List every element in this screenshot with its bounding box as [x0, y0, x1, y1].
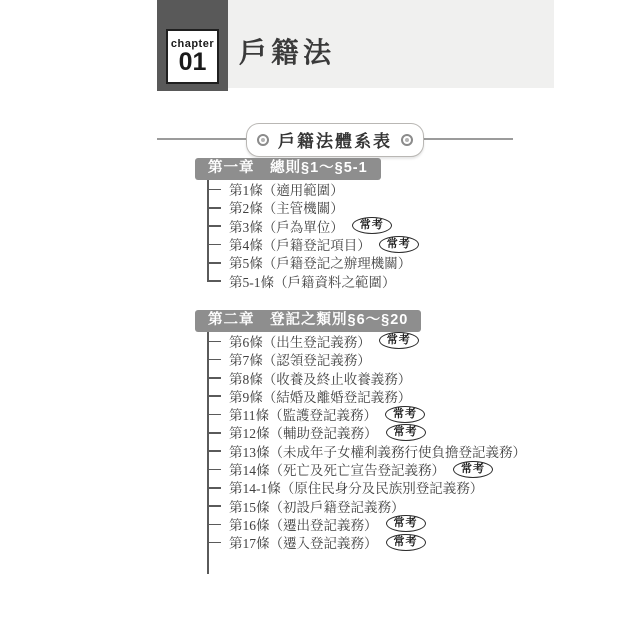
exam-frequency-badge: 常考	[386, 424, 426, 441]
tree-item: 第14-1條（原住民身分及民族別登記義務）	[207, 478, 625, 496]
chapter-number-box: chapter 01	[157, 0, 228, 91]
article-label: 第11條（監護登記義務）	[229, 404, 377, 424]
tree-continuation-line	[207, 551, 625, 574]
article-label: 第3條（戶為單位）	[229, 216, 344, 236]
article-label: 第8條（收養及終止收養義務）	[229, 368, 411, 388]
exam-frequency-badge: 常考	[453, 461, 493, 478]
tree-item: 第1條（適用範圍）	[207, 180, 625, 198]
exam-frequency-badge: 常考	[379, 236, 419, 253]
chapter-heading-bar: 第一章 總則§1～§5-1	[195, 158, 381, 180]
tree-item: 第5-1條（戶籍資料之範圍）	[207, 271, 625, 289]
tree-item: 第4條（戶籍登記項目）常考	[207, 235, 625, 253]
tree-item: 第17條（遷入登記義務）常考	[207, 533, 625, 551]
tree-item: 第11條（監護登記義務）常考	[207, 405, 625, 423]
tree-item: 第16條（遷出登記義務）常考	[207, 515, 625, 533]
tree-item: 第8條（收養及終止收養義務）	[207, 368, 625, 386]
article-label: 第2條（主管機關）	[229, 197, 344, 217]
tree-item: 第7條（認領登記義務）	[207, 350, 625, 368]
article-label: 第15條（初設戶籍登記義務）	[229, 496, 405, 516]
tree-item: 第5條（戶籍登記之辦理機關）	[207, 253, 625, 271]
chapter-heading-bar: 第二章 登記之類別§6～§20	[195, 310, 421, 332]
chapter-number-label: 01	[179, 50, 207, 75]
chapter-section: 第一章 總則§1～§5-1第1條（適用範圍）第2條（主管機關）第3條（戶為單位）…	[195, 158, 625, 290]
tree-item: 第6條（出生登記義務）常考	[207, 332, 625, 350]
tree-item: 第14條（死亡及死亡宣告登記義務）常考	[207, 460, 625, 478]
article-label: 第14條（死亡及死亡宣告登記義務）	[229, 459, 445, 479]
exam-frequency-badge: 常考	[386, 534, 426, 551]
exam-frequency-badge: 常考	[386, 515, 426, 532]
article-label: 第6條（出生登記義務）	[229, 331, 371, 351]
article-label: 第13條（未成年子女權利義務行使負擔登記義務）	[229, 441, 526, 461]
chapter-section: 第二章 登記之類別§6～§20第6條（出生登記義務）常考第7條（認領登記義務）第…	[195, 310, 625, 575]
article-label: 第12條（輔助登記義務）	[229, 422, 378, 442]
article-label: 第7條（認領登記義務）	[229, 349, 371, 369]
exam-frequency-badge: 常考	[352, 217, 392, 234]
tree-item: 第2條（主管機關）	[207, 198, 625, 216]
article-label: 第4條（戶籍登記項目）	[229, 234, 371, 254]
page-title: 戶籍法	[239, 38, 335, 68]
tree-item: 第3條（戶為單位）常考	[207, 217, 625, 235]
tree-item: 第15條（初設戶籍登記義務）	[207, 496, 625, 514]
article-label: 第17條（遷入登記義務）	[229, 532, 378, 552]
system-table-pill: 戶籍法體系表	[246, 123, 424, 157]
book-page: chapter 01 戶籍法 戶籍法體系表 第一章 總則§1～§5-1第1條（適…	[0, 0, 640, 640]
article-tree: 第1條（適用範圍）第2條（主管機關）第3條（戶為單位）常考第4條（戶籍登記項目）…	[207, 180, 625, 290]
article-tree-sections: 第一章 總則§1～§5-1第1條（適用範圍）第2條（主管機關）第3條（戶為單位）…	[195, 158, 625, 594]
tree-item: 第9條（結婚及離婚登記義務）	[207, 387, 625, 405]
chapter-badge: chapter 01	[166, 29, 219, 84]
article-label: 第5條（戶籍登記之辦理機關）	[229, 252, 411, 272]
ornament-icon	[257, 134, 269, 146]
article-label: 第1條（適用範圍）	[229, 179, 344, 199]
system-table-title: 戶籍法體系表	[278, 127, 392, 152]
system-table-divider: 戶籍法體系表	[157, 123, 513, 155]
article-label: 第5-1條（戶籍資料之範圍）	[229, 271, 396, 291]
ornament-icon	[401, 134, 413, 146]
article-tree: 第6條（出生登記義務）常考第7條（認領登記義務）第8條（收養及終止收養義務）第9…	[207, 332, 625, 575]
article-label: 第16條（遷出登記義務）	[229, 514, 378, 534]
exam-frequency-badge: 常考	[385, 406, 425, 423]
article-label: 第9條（結婚及離婚登記義務）	[229, 386, 411, 406]
article-label: 第14-1條（原住民身分及民族別登記義務）	[229, 477, 483, 497]
tree-item: 第13條（未成年子女權利義務行使負擔登記義務）	[207, 442, 625, 460]
tree-item: 第12條（輔助登記義務）常考	[207, 423, 625, 441]
exam-frequency-badge: 常考	[379, 332, 419, 349]
